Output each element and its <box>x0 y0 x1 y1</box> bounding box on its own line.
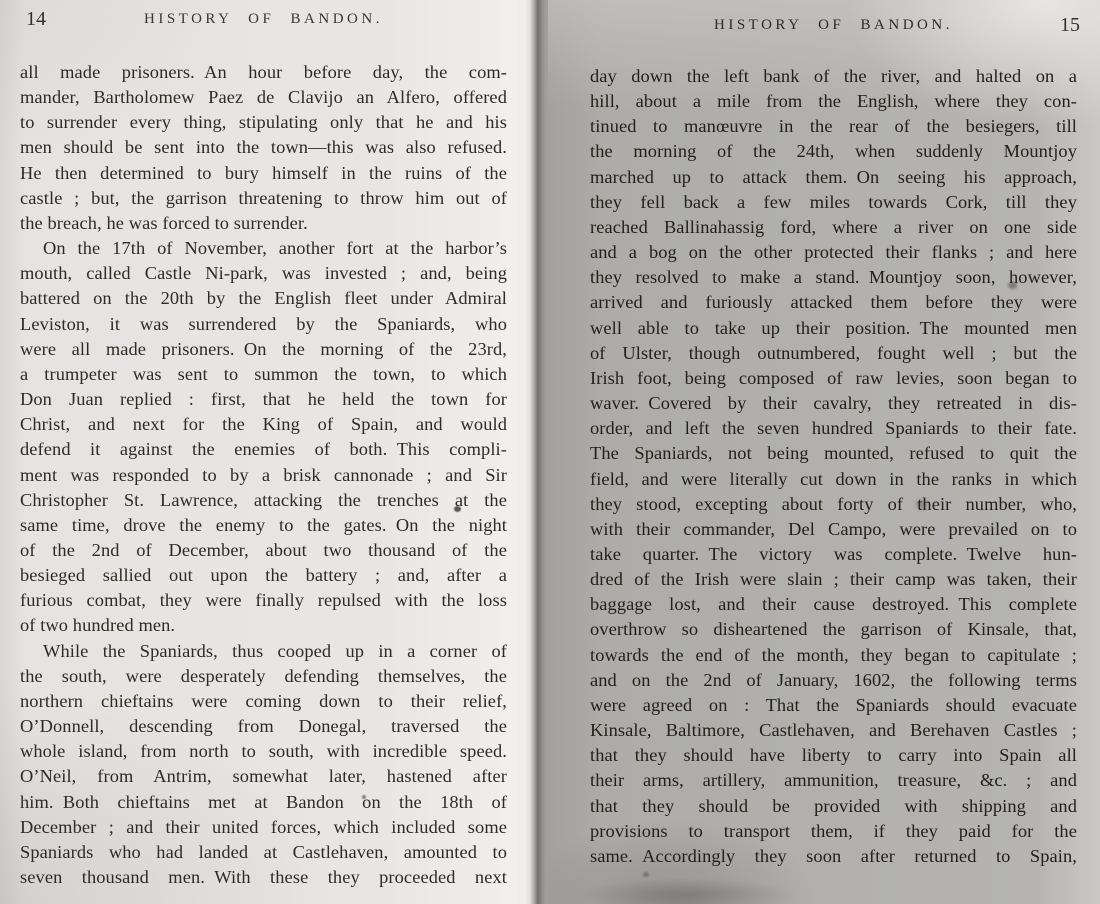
text-line: their arms, artillery, ammunition, treas… <box>590 768 1077 793</box>
text-line: were agreed on : That the Spaniards shou… <box>590 693 1077 718</box>
text-line: provisions to transport them, if they pa… <box>590 819 1077 844</box>
text-line: the south, were desperately defending th… <box>20 664 507 689</box>
text-line: northern chieftains were coming down to … <box>20 689 507 714</box>
text-line: of Ulster, though outnumbered, fought we… <box>590 341 1077 366</box>
text-line: arrived and furiously attacked them befo… <box>590 290 1077 315</box>
text-line: men should be sent into the town—this wa… <box>20 135 507 160</box>
text-line: whole island, from north to south, with … <box>20 739 507 764</box>
text-line: battered on the 20th by the English flee… <box>20 286 507 311</box>
text-line: tinued to manœuvre in the rear of the be… <box>590 114 1077 139</box>
text-line: same time, drove the enemy to the gates.… <box>20 513 507 538</box>
text-line: baggage lost, and their cause destroyed.… <box>590 592 1077 617</box>
text-line: field, and were literally cut down in th… <box>590 467 1077 492</box>
scan-smudge <box>578 878 798 904</box>
book-scan: 14 HISTORY OF BANDON. all made prisoners… <box>0 0 1100 904</box>
text-line: the breach, he was forced to surrender. <box>20 211 507 236</box>
text-line: same. Accordingly they soon after return… <box>590 844 1077 869</box>
page-body-right: day down the left bank of the river, and… <box>590 64 1077 869</box>
ink-speck <box>916 500 928 509</box>
book-gutter <box>518 0 548 904</box>
text-line: Kinsale, Baltimore, Castlehaven, and Ber… <box>590 718 1077 743</box>
text-line: seven thousand men. With these they proc… <box>20 865 507 890</box>
text-line: to surrender every thing, stipulating on… <box>20 110 507 135</box>
page-body-left: all made prisoners. An hour before day, … <box>20 60 507 890</box>
page-left: 14 HISTORY OF BANDON. all made prisoners… <box>0 0 518 904</box>
text-line: all made prisoners. An hour before day, … <box>20 60 507 85</box>
text-line: waver. Covered by their cavalry, they re… <box>590 391 1077 416</box>
running-header-left: HISTORY OF BANDON. <box>20 11 507 28</box>
text-line: they stood, excepting about forty of the… <box>590 492 1077 517</box>
text-line: defend it against the enemies of both. T… <box>20 437 507 462</box>
text-line: of the 2nd of December, about two thousa… <box>20 538 507 563</box>
text-line: The Spaniards, not being mounted, refuse… <box>590 441 1077 466</box>
text-line: furious combat, they were finally repuls… <box>20 588 507 613</box>
text-line: they resolved to make a stand. Mountjoy … <box>590 265 1077 290</box>
text-line: that they should be provided with shippi… <box>590 794 1077 819</box>
text-line: and on the 2nd of January, 1602, the fol… <box>590 668 1077 693</box>
text-line: reached Ballinahassig ford, where a rive… <box>590 215 1077 240</box>
text-line: order, and left the seven hundred Spania… <box>590 416 1077 441</box>
text-line: a trumpeter was sent to summon the town,… <box>20 362 507 387</box>
text-line: besieged sallied out upon the battery ; … <box>20 563 507 588</box>
text-line: hill, about a mile from the English, whe… <box>590 89 1077 114</box>
text-line: towards the end of the month, they began… <box>590 643 1077 668</box>
text-line: Christopher St. Lawrence, attacking the … <box>20 488 507 513</box>
page-number-right: 15 <box>590 14 1080 37</box>
text-line: dred of the Irish were slain ; their cam… <box>590 567 1077 592</box>
text-line: day down the left bank of the river, and… <box>590 64 1077 89</box>
text-line: He then determined to bury himself in th… <box>20 161 507 186</box>
text-line: marched up to attack them. On seeing his… <box>590 165 1077 190</box>
paragraph: day down the left bank of the river, and… <box>590 64 1077 869</box>
paragraph: While the Spaniards, thus cooped up in a… <box>20 639 507 891</box>
text-line: mouth, called Castle Ni-park, was invest… <box>20 261 507 286</box>
text-line: Irish foot, being composed of raw levies… <box>590 366 1077 391</box>
text-line: Christ, and next for the King of Spain, … <box>20 412 507 437</box>
ink-speck <box>362 795 366 799</box>
text-line: with their commander, Del Campo, were pr… <box>590 517 1077 542</box>
text-line: Leviston, it was surrendered by the Span… <box>20 312 507 337</box>
text-line: overthrow so disheartened the garrison o… <box>590 617 1077 642</box>
text-line: On the 17th of November, another fort at… <box>20 236 507 261</box>
text-line: Don Juan replied : first, that he held t… <box>20 387 507 412</box>
text-line: take quarter. The victory was complete. … <box>590 542 1077 567</box>
ink-speck <box>643 872 649 877</box>
text-line: O’Neil, from Antrim, somewhat later, has… <box>20 764 507 789</box>
text-line: of two hundred men. <box>20 613 507 638</box>
text-line: well able to take up their position. The… <box>590 316 1077 341</box>
text-line: they fell back a few miles towards Cork,… <box>590 190 1077 215</box>
text-line: December ; and their united forces, whic… <box>20 815 507 840</box>
text-line: ment was responded to by a brisk cannona… <box>20 463 507 488</box>
page-right: HISTORY OF BANDON. 15 day down the left … <box>548 0 1100 904</box>
text-line: and a bog on the other protected their f… <box>590 240 1077 265</box>
text-line: were all made prisoners. On the morning … <box>20 337 507 362</box>
ink-speck <box>454 506 461 512</box>
text-line: him. Both chieftains met at Bandon on th… <box>20 790 507 815</box>
text-line: Spaniards who had landed at Castlehaven,… <box>20 840 507 865</box>
paragraph: all made prisoners. An hour before day, … <box>20 60 507 236</box>
text-line: the morning of the 24th, when suddenly M… <box>590 139 1077 164</box>
ink-speck <box>1008 282 1017 289</box>
paragraph: On the 17th of November, another fort at… <box>20 236 507 639</box>
text-line: While the Spaniards, thus cooped up in a… <box>20 639 507 664</box>
text-line: castle ; but, the garrison threatening t… <box>20 186 507 211</box>
text-line: mander, Bartholomew Paez de Clavijo an A… <box>20 85 507 110</box>
text-line: that they should have liberty to carry i… <box>590 743 1077 768</box>
text-line: O’Donnell, descending from Donegal, trav… <box>20 714 507 739</box>
